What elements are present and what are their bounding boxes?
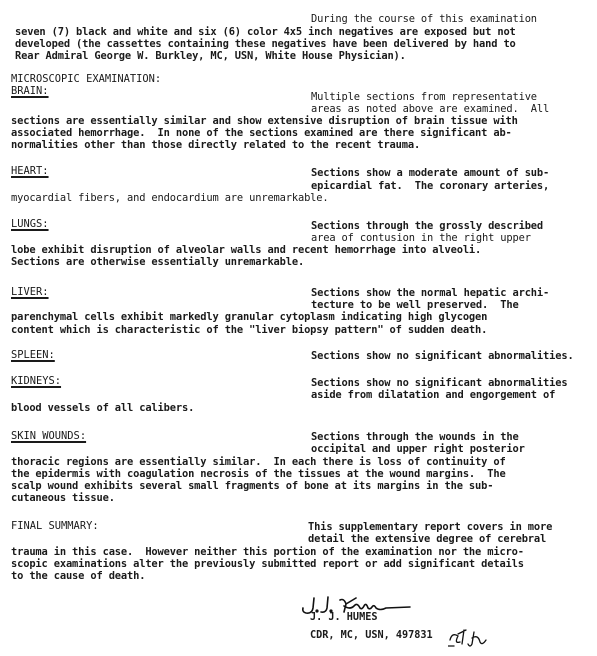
initials-mark-icon: [448, 626, 498, 650]
intro-line-4: Rear Admiral George W. Burkley, MC, USN,…: [15, 50, 406, 62]
kidneys-right-2: aside from dilatation and engorgement of: [311, 389, 555, 401]
lungs-right-2: area of contusion in the right upper: [311, 232, 531, 244]
skin-line-2: the epidermis with coagulation necrosis …: [11, 468, 506, 480]
summary-line-3: to the cause of death.: [11, 570, 145, 582]
heart-heading: HEART:: [11, 165, 49, 177]
skin-wounds-heading: SKIN WOUNDS:: [11, 430, 86, 442]
skin-right-1: Sections through the wounds in the: [311, 431, 519, 443]
summary-right-2: detail the extensive degree of cerebral: [308, 533, 546, 545]
brain-line-2: associated hemorrhage. In none of the se…: [11, 127, 512, 139]
lungs-right-1: Sections through the grossly described: [311, 220, 543, 232]
intro-line-2: seven (7) black and white and six (6) co…: [15, 26, 516, 38]
summary-line-2: scopic examinations alter the previously…: [11, 558, 524, 570]
intro-line-3: developed (the cassettes containing thes…: [15, 38, 516, 50]
lungs-heading: LUNGS:: [11, 218, 49, 230]
final-summary-heading: FINAL SUMMARY:: [11, 520, 99, 532]
heart-right-1: Sections show a moderate amount of sub-: [311, 167, 549, 179]
spleen-heading: SPLEEN:: [11, 349, 55, 361]
heart-right-2: epicardial fat. The coronary arteries,: [311, 180, 549, 192]
liver-line-2: content which is characteristic of the "…: [11, 324, 487, 336]
brain-line-3: normalities other than those directly re…: [11, 139, 420, 151]
brain-line-1: sections are essentially similar and sho…: [11, 115, 518, 127]
section-heading: MICROSCOPIC EXAMINATION:: [11, 73, 161, 85]
liver-right-1: Sections show the normal hepatic archi-: [311, 287, 549, 299]
summary-line-1: trauma in this case. However neither thi…: [11, 546, 524, 558]
signature-block: J. J. HUMES CDR, MC, USN, 497831: [300, 596, 500, 656]
heart-line-1: myocardial fibers, and endocardium are u…: [11, 192, 329, 204]
intro-line-1: During the course of this examination: [311, 13, 537, 25]
skin-right-2: occipital and upper right posterior: [311, 443, 525, 455]
brain-right-2: areas as noted above are examined. All: [311, 103, 549, 115]
liver-right-2: tecture to be well preserved. The: [311, 299, 519, 311]
lungs-line-1: lobe exhibit disruption of alveolar wall…: [11, 244, 481, 256]
liver-heading: LIVER:: [11, 286, 49, 298]
spleen-right-1: Sections show no significant abnormaliti…: [311, 350, 574, 362]
kidneys-heading: KIDNEYS:: [11, 375, 61, 387]
skin-line-4: cutaneous tissue.: [11, 492, 115, 504]
signer-name: J. J. HUMES: [310, 612, 377, 624]
skin-line-3: scalp wound exhibits several small fragm…: [11, 480, 493, 492]
summary-right-1: This supplementary report covers in more: [308, 521, 552, 533]
brain-heading: BRAIN:: [11, 85, 49, 97]
signer-title: CDR, MC, USN, 497831: [310, 630, 433, 642]
liver-line-1: parenchymal cells exhibit markedly granu…: [11, 311, 487, 323]
kidneys-right-1: Sections show no significant abnormaliti…: [311, 377, 567, 389]
brain-right-1: Multiple sections from representative: [311, 91, 537, 103]
document-page: During the course of this examination se…: [0, 0, 597, 656]
kidneys-line-1: blood vessels of all calibers.: [11, 402, 194, 414]
skin-line-1: thoracic regions are essentially similar…: [11, 456, 506, 468]
lungs-line-2: Sections are otherwise essentially unrem…: [11, 256, 304, 268]
